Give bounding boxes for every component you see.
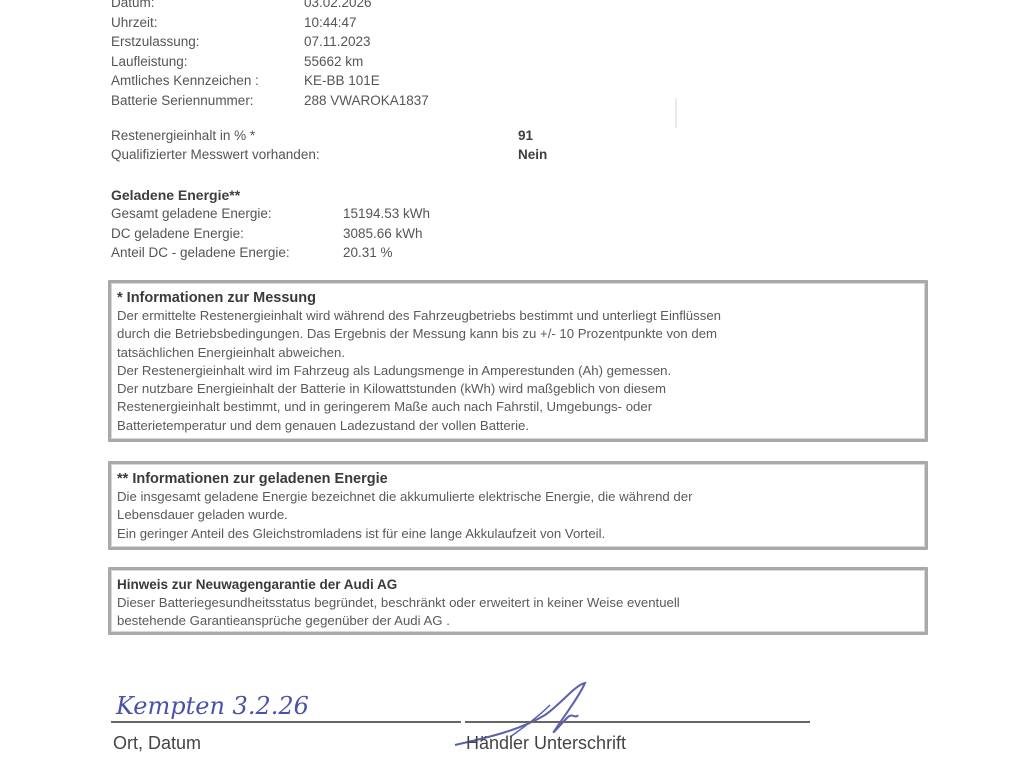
box-line: Der ermittelte Restenergieinhalt wird wä… [117,307,919,325]
box-line: Die insgesamt geladene Energie bezeichne… [117,488,919,506]
info-label: Laufleistung: [111,52,188,72]
box-line: durch die Betriebsbedingungen. Das Ergeb… [117,325,919,343]
box-line: bestehende Garantieansprüche gegenüber d… [117,612,919,630]
dealer-signature-label: Händler Unterschrift [466,733,626,754]
charged-label: Anteil DC - geladene Energie: [111,243,290,263]
charged-value: 20.31 % [343,243,393,263]
box-line: Restenergieinhalt bestimmt, und in gerin… [117,398,919,416]
info-value: 55662 km [304,52,363,72]
charged-label: DC geladene Energie: [111,224,244,244]
box-line: Lebensdauer geladen wurde. [117,506,919,524]
charged-value: 15194.53 kWh [343,204,430,224]
info-value: 10:44:47 [304,13,357,33]
warranty-notice-box: Hinweis zur Neuwagengarantie der Audi AG… [108,567,928,635]
info-row-battery-serial: Batterie Seriennummer: 288 VWAROKA1837 [111,91,531,111]
charged-row-dc: DC geladene Energie: 3085.66 kWh [111,224,511,244]
box-line: Ein geringer Anteil des Gleichstromladen… [117,525,919,543]
place-date-handwriting: Kempten 3.2.26 [116,692,309,720]
box-line: Der Restenergieinhalt wird im Fahrzeug a… [117,362,919,380]
box-title: * Informationen zur Messung [117,289,919,307]
info-value: 288 VWAROKA1837 [304,91,429,111]
info-row-license-plate: Amtliches Kennzeichen : KE-BB 101E [111,71,531,91]
info-row-time: Uhrzeit: 10:44:47 [111,13,531,33]
charged-row-dc-share: Anteil DC - geladene Energie: 20.31 % [111,243,511,263]
box-line: tatsächlichen Energieinhalt abweichen. [117,344,919,362]
qualified-measurement-label: Qualifizierter Messwert vorhanden: [111,145,320,165]
info-label: Amtliches Kennzeichen : [111,71,259,91]
box-title: ** Informationen zur geladenen Energie [117,470,919,488]
charged-energy-table: Gesamt geladene Energie: 15194.53 kWh DC… [111,204,511,263]
place-date-label: Ort, Datum [113,733,201,754]
info-label: Uhrzeit: [111,13,158,33]
box-line: Batterietemperatur und dem genauen Ladez… [117,417,919,435]
info-row-date: Datum: 03.02.2026 [111,0,531,13]
box-title: Hinweis zur Neuwagengarantie der Audi AG [117,576,919,594]
charged-row-total: Gesamt geladene Energie: 15194.53 kWh [111,204,511,224]
dealer-signature-line [465,721,810,723]
info-row-mileage: Laufleistung: 55662 km [111,52,531,72]
info-label: Erstzulassung: [111,32,200,52]
info-label: Datum: [111,0,155,13]
info-value: 07.11.2023 [304,32,371,52]
rest-energy-value: 91 [518,126,533,146]
charged-energy-info-box: ** Informationen zur geladenen Energie D… [108,461,928,550]
vehicle-info: Datum: 03.02.2026 Uhrzeit: 10:44:47 Erst… [111,0,531,110]
box-line: Dieser Batteriegesundheitsstatus begründ… [117,594,919,612]
rest-energy-label: Restenergieinhalt in % * [111,126,255,146]
measurement-info-box: * Informationen zur Messung Der ermittel… [108,280,928,442]
info-value: 03.02.2026 [304,0,372,13]
info-value: KE-BB 101E [304,71,380,91]
place-date-line [111,721,461,723]
charged-energy-heading: Geladene Energie** [111,186,240,206]
charged-label: Gesamt geladene Energie: [111,204,272,224]
info-label: Batterie Seriennummer: [111,91,254,111]
charged-value: 3085.66 kWh [343,224,423,244]
scan-artifact [675,98,677,128]
box-line: Der nutzbare Energieinhalt der Batterie … [117,380,919,398]
info-row-first-registration: Erstzulassung: 07.11.2023 [111,32,531,52]
qualified-measurement-value: Nein [518,145,547,165]
